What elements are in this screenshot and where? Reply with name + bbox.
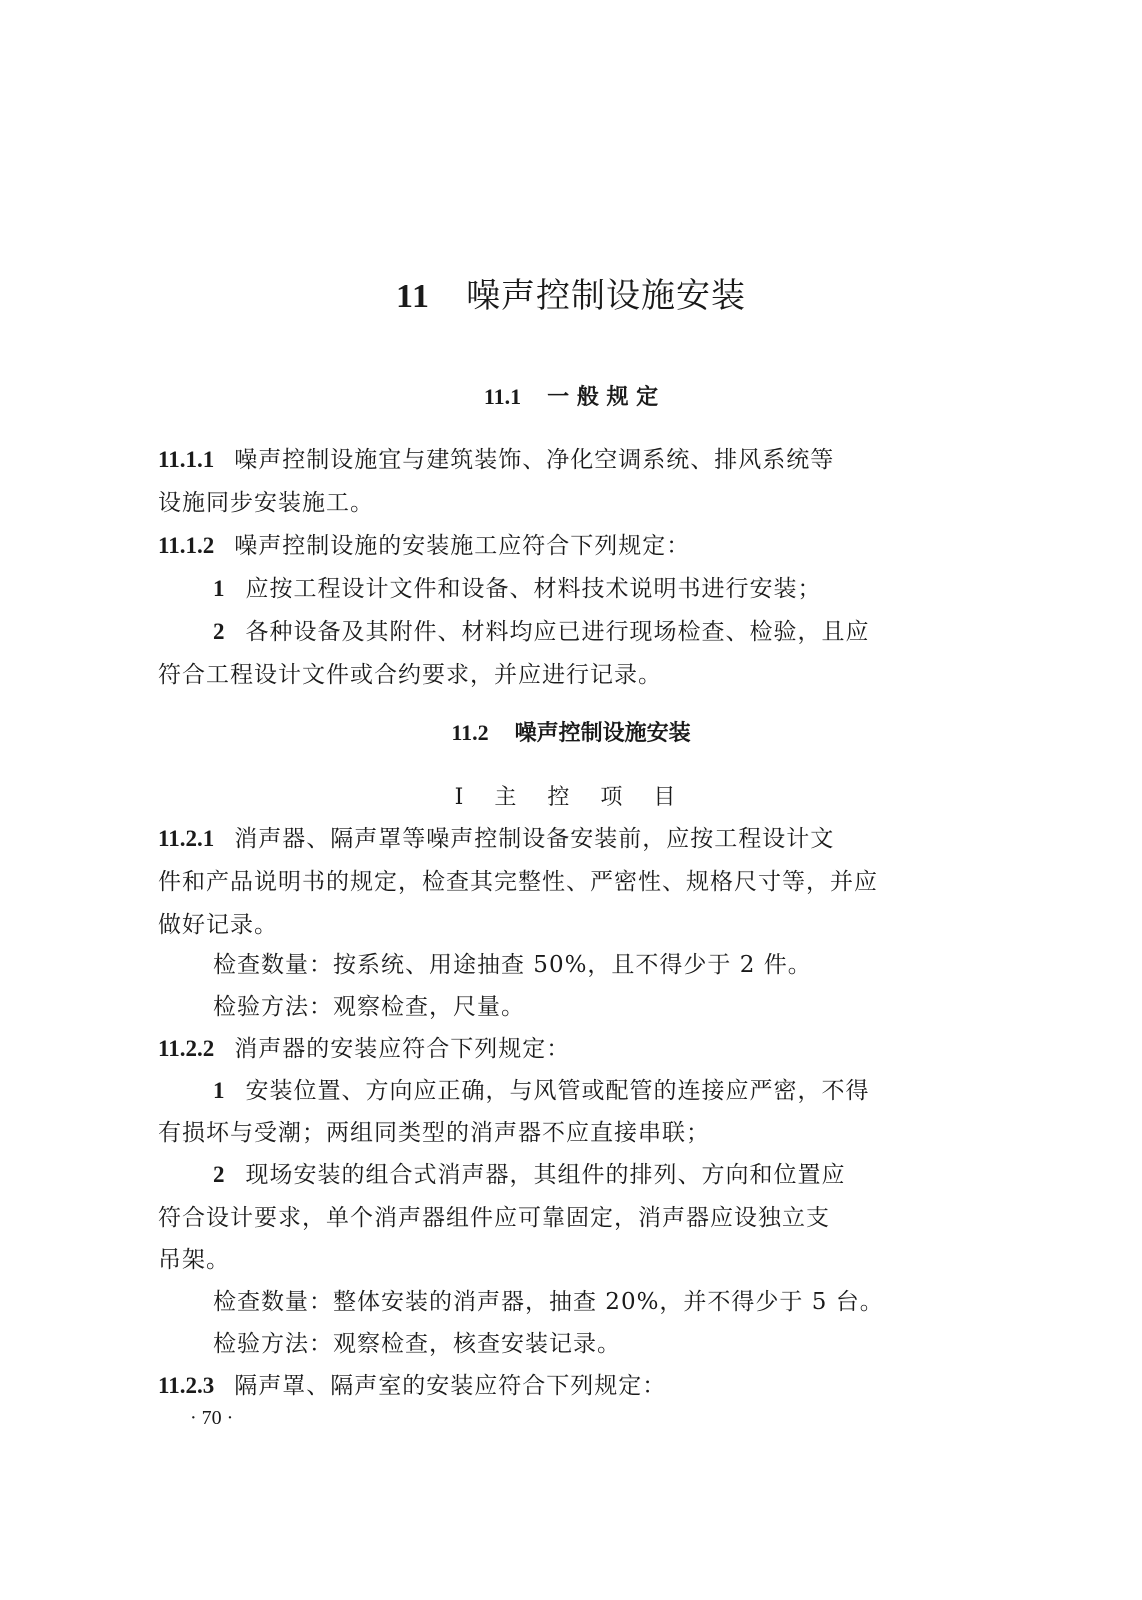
- list-item: 1应按工程设计文件和设备、材料技术说明书进行安装；: [213, 570, 822, 603]
- item-text: 安装位置、方向应正确，与风管或配管的连接应严密，不得: [246, 1078, 870, 1104]
- inspection-method: 检验方法：观察检查，尺量。: [213, 988, 525, 1021]
- list-item: 2现场安装的组合式消声器，其组件的排列、方向和位置应: [213, 1156, 846, 1189]
- item-number: 2: [213, 619, 226, 644]
- clause-text: 消声器、隔声罩等噪声控制设备安装前，应按工程设计文: [234, 826, 834, 852]
- item-number: 1: [213, 1078, 226, 1103]
- section-title-11-1: 11.1一 般 规 定: [0, 380, 1142, 411]
- text-line: 设施同步安装施工。: [158, 484, 374, 517]
- clause-text: 消声器的安装应符合下列规定：: [234, 1036, 570, 1062]
- line-text: 设施同步安装施工。: [158, 490, 374, 516]
- clause-text: 噪声控制设施宜与建筑装饰、净化空调系统、排风系统等: [234, 447, 834, 473]
- inspection-quantity: 检查数量：整体安装的消声器，抽查 20%，并不得少于 5 台。: [213, 1283, 884, 1316]
- chapter-title: 11噪声控制设施安装: [0, 268, 1142, 317]
- inspection-quantity: 检查数量：按系统、用途抽查 50%，且不得少于 2 件。: [213, 946, 812, 979]
- clause-number: 11.2.2: [158, 1036, 214, 1061]
- text-line: 符合设计要求，单个消声器组件应可靠固定，消声器应设独立支: [158, 1199, 830, 1232]
- clause-number: 11.2.1: [158, 826, 214, 851]
- subsection-title: Ⅰ 主 控 项 目: [0, 780, 1142, 811]
- text-line: 吊架。: [158, 1241, 230, 1274]
- clause-11-1-2: 11.1.2噪声控制设施的安装施工应符合下列规定：: [158, 527, 690, 560]
- inspection-method: 检验方法：观察检查，核查安装记录。: [213, 1325, 621, 1358]
- text-line: 符合工程设计文件或合约要求，并应进行记录。: [158, 656, 662, 689]
- line-text: 有损坏与受潮；两组同类型的消声器不应直接串联；: [158, 1120, 710, 1146]
- line-text: 件和产品说明书的规定，检查其完整性、严密性、规格尺寸等，并应: [158, 869, 878, 895]
- clause-11-1-1: 11.1.1噪声控制设施宜与建筑装饰、净化空调系统、排风系统等: [158, 441, 834, 474]
- clause-11-2-2: 11.2.2消声器的安装应符合下列规定：: [158, 1030, 570, 1063]
- line-text: 检查数量：按系统、用途抽查 50%，且不得少于 2 件。: [213, 952, 812, 978]
- line-text: 检验方法：观察检查，尺量。: [213, 994, 525, 1020]
- item-number: 1: [213, 576, 226, 601]
- section-number: 11.2: [451, 720, 488, 745]
- clause-number: 11.1.1: [158, 447, 214, 472]
- item-text: 现场安装的组合式消声器，其组件的排列、方向和位置应: [246, 1162, 846, 1188]
- section-title-text: 一 般 规 定: [547, 384, 658, 410]
- page-number: · 70 ·: [190, 1407, 233, 1430]
- text-line: 做好记录。: [158, 906, 278, 939]
- clause-text: 隔声罩、隔声室的安装应符合下列规定：: [234, 1373, 666, 1399]
- section-number: 11.1: [484, 384, 521, 409]
- list-item: 1安装位置、方向应正确，与风管或配管的连接应严密，不得: [213, 1072, 870, 1105]
- clause-number: 11.2.3: [158, 1373, 214, 1398]
- line-text: 符合设计要求，单个消声器组件应可靠固定，消声器应设独立支: [158, 1205, 830, 1231]
- text-line: 有损坏与受潮；两组同类型的消声器不应直接串联；: [158, 1114, 710, 1147]
- clause-11-2-3: 11.2.3隔声罩、隔声室的安装应符合下列规定：: [158, 1367, 666, 1400]
- line-text: 检查数量：整体安装的消声器，抽查 20%，并不得少于 5 台。: [213, 1289, 884, 1315]
- item-text: 应按工程设计文件和设备、材料技术说明书进行安装；: [246, 576, 822, 602]
- list-item: 2各种设备及其附件、材料均应已进行现场检查、检验，且应: [213, 613, 870, 646]
- chapter-title-text: 噪声控制设施安装: [466, 276, 746, 316]
- document-page: 11噪声控制设施安装 11.1一 般 规 定 11.1.1噪声控制设施宜与建筑装…: [0, 0, 1142, 1600]
- clause-11-2-1: 11.2.1消声器、隔声罩等噪声控制设备安装前，应按工程设计文: [158, 820, 834, 853]
- chapter-number: 11: [396, 278, 430, 315]
- item-text: 各种设备及其附件、材料均应已进行现场检查、检验，且应: [246, 619, 870, 645]
- item-number: 2: [213, 1162, 226, 1187]
- line-text: 检验方法：观察检查，核查安装记录。: [213, 1331, 621, 1357]
- clause-number: 11.1.2: [158, 533, 214, 558]
- line-text: 做好记录。: [158, 912, 278, 938]
- line-text: 吊架。: [158, 1247, 230, 1273]
- clause-text: 噪声控制设施的安装施工应符合下列规定：: [234, 533, 690, 559]
- section-title-11-2: 11.2噪声控制设施安装: [0, 716, 1142, 747]
- text-line: 件和产品说明书的规定，检查其完整性、严密性、规格尺寸等，并应: [158, 863, 878, 896]
- line-text: 符合工程设计文件或合约要求，并应进行记录。: [158, 662, 662, 688]
- section-title-text: 噪声控制设施安装: [515, 720, 691, 746]
